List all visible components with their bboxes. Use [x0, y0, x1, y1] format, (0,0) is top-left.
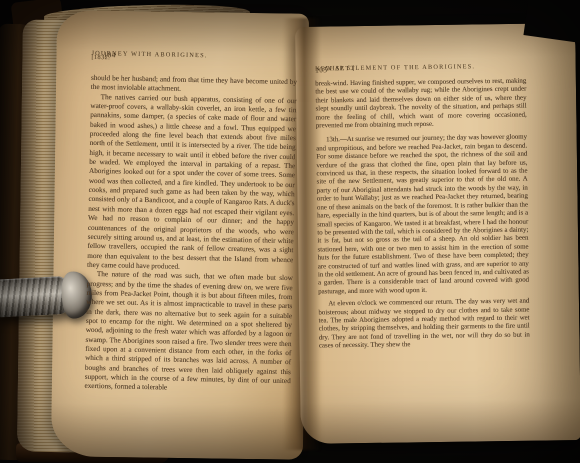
right-running-title: NEW SETTLEMENT OF THE ABORIGINES.	[315, 63, 475, 72]
right-page-text: CHAP. 6.] NEW SETTLEMENT OF THE ABORIGIN…	[315, 63, 530, 352]
left-page-text: 104 JOURNEY WITH ABORIGINES. [1832. shou…	[84, 50, 297, 396]
page-paragraph: 13th.—At sunrise we resumed our journey;…	[316, 134, 529, 297]
page-paragraph: The natives carried our bush apparatus, …	[87, 93, 297, 275]
open-book-photo: 104 JOURNEY WITH ABORIGINES. [1832. shou…	[0, 0, 580, 463]
book-clasp	[0, 267, 97, 328]
left-page-body: should be her husband; and from that tim…	[84, 74, 297, 396]
page-paragraph: The nature of the road was such, that we…	[84, 270, 292, 396]
page-paragraph: At eleven o'clock we commenced our retur…	[318, 298, 530, 351]
page-paragraph: break-wind. Having finished supper, we c…	[315, 78, 527, 131]
book-clasp-bar	[0, 276, 71, 318]
right-page-number: 105	[315, 65, 327, 74]
right-page-body: break-wind. Having finished supper, we c…	[315, 78, 530, 352]
year-marker: [1832.	[91, 54, 110, 61]
